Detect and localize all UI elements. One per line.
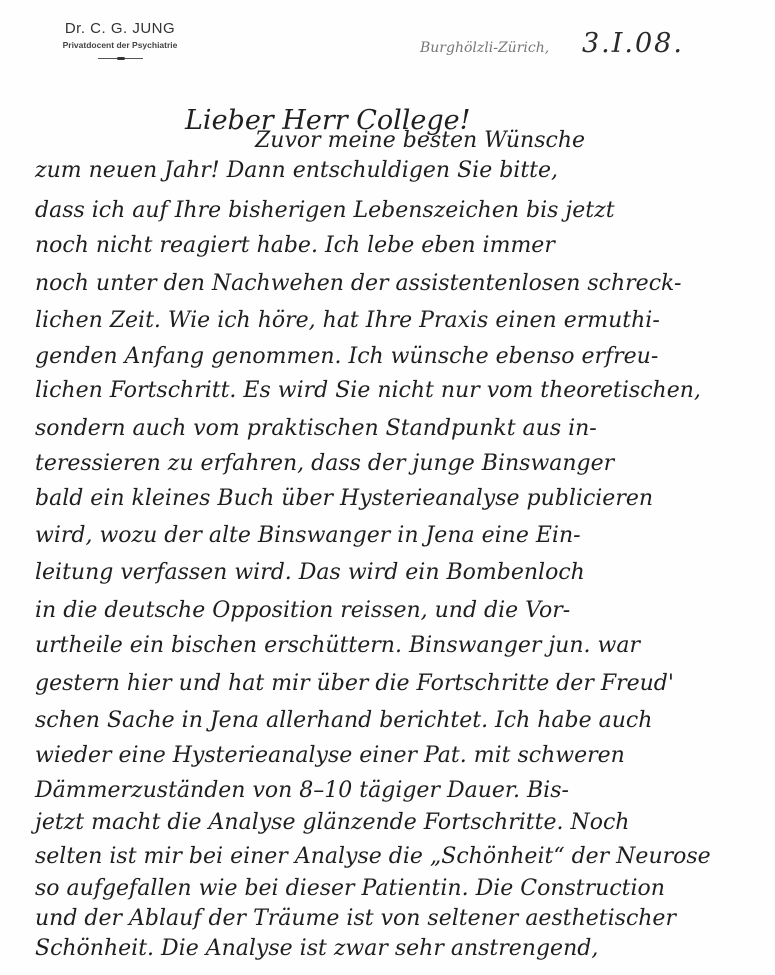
letter-line: lichen Zeit. Wie ich höre, hat Ihre Prax… [35,308,660,333]
letter-line: gestern hier und hat mir über die Fortsc… [35,671,674,696]
letter-line: Dämmerzuständen von 8–10 tägiger Dauer. … [35,778,569,803]
letterhead-divider [98,58,143,59]
letter-line: genden Anfang genommen. Ich wünsche eben… [35,344,658,369]
letter-line: noch nicht reagiert habe. Ich lebe eben … [35,233,555,258]
letterhead-title: Privatdocent der Psychiatrie [40,40,200,50]
letter-line: und der Ablauf der Träume ist von selten… [35,906,676,931]
author-name: C. G. JUNG [90,20,175,37]
letter-line: bald ein kleines Buch über Hysterieanaly… [35,486,653,511]
letter-line: urtheile ein bischen erschüttern. Binswa… [35,633,640,658]
place-stamp: Burghölzli-Zürich, [420,40,549,56]
letter-line: Zuvor meine besten Wünsche [255,128,585,153]
letter-line: Schönheit. Die Analyse ist zwar sehr ans… [35,936,598,961]
letter-date: 3.I.08. [582,28,684,59]
letter-line: selten ist mir bei einer Analyse die „Sc… [35,844,711,869]
letter-line: teressieren zu erfahren, dass der junge … [35,451,614,476]
name-prefix: Dr. [65,20,86,37]
letter-page: Dr. C. G. JUNG Privatdocent der Psychiat… [0,0,775,975]
letterhead: Dr. C. G. JUNG Privatdocent der Psychiat… [40,20,200,59]
letterhead-name: Dr. C. G. JUNG [40,20,200,37]
letter-line: jetzt macht die Analyse glänzende Fortsc… [35,810,629,835]
letter-line: in die deutsche Opposition reissen, und … [35,598,570,623]
letter-line: wieder eine Hysterieanalyse einer Pat. m… [35,743,625,768]
letter-line: lichen Fortschritt. Es wird Sie nicht nu… [35,378,701,403]
letter-line: sondern auch vom praktischen Standpunkt … [35,416,597,441]
letter-line: leitung verfassen wird. Das wird ein Bom… [35,560,585,585]
letter-line: dass ich auf Ihre bisherigen Lebenszeich… [35,198,615,223]
letter-line: noch unter den Nachwehen der assistenten… [35,271,681,296]
letter-line: schen Sache in Jena allerhand berichtet.… [35,708,652,733]
letter-line: so aufgefallen wie bei dieser Patientin.… [35,876,665,901]
letter-line: wird, wozu der alte Binswanger in Jena e… [35,523,581,548]
letter-line: zum neuen Jahr! Dann entschuldigen Sie b… [35,158,558,183]
